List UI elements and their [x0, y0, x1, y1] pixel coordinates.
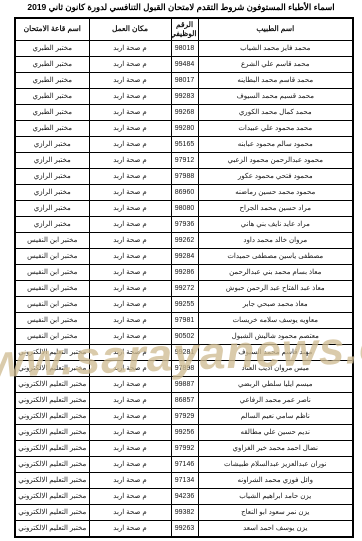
table-row: يزن يوسف احمد اسعد99263م صحة اربدمختبر ا… — [15, 521, 353, 538]
cell-doctor-name: مهند قاسم محمد السيوف — [198, 345, 353, 361]
table-row: معاذ بسام محمد بني عبدالرحمن99286م صحة ا… — [15, 265, 353, 281]
cell-employee-id: 99272 — [171, 281, 198, 297]
cell-workplace: م صحة اربد — [89, 313, 171, 329]
cell-workplace: م صحة اربد — [89, 121, 171, 137]
cell-employee-id: 97929 — [171, 409, 198, 425]
cell-workplace: م صحة اربد — [89, 57, 171, 73]
cell-exam-hall: مختبر التعليم الالكتروني — [15, 377, 89, 393]
table-row: محمد قاسم محمد البطاينه98017م صحة اربدمخ… — [15, 73, 353, 89]
cell-workplace: م صحة اربد — [89, 233, 171, 249]
table-row: ميسم ايليا سلطي الربضي99887م صحة اربدمخت… — [15, 377, 353, 393]
table-row: محمود فتحي محمود عكور97988م صحة اربدمختب… — [15, 169, 353, 185]
cell-doctor-name: نديم حسين علي مطالقه — [198, 425, 353, 441]
cell-workplace: م صحة اربد — [89, 361, 171, 377]
table-row: نوران عبدالعزيز عبدالسلام طبيشات97146م ص… — [15, 457, 353, 473]
cell-exam-hall: مختبر ابن النفيس — [15, 233, 89, 249]
cell-doctor-name: معاذ محمد صبحي جابر — [198, 297, 353, 313]
cell-employee-id: 97146 — [171, 457, 198, 473]
cell-workplace: م صحة اربد — [89, 105, 171, 121]
cell-workplace: م صحة اربد — [89, 345, 171, 361]
cell-doctor-name: ميسم ايليا سلطي الربضي — [198, 377, 353, 393]
table-row: معاويه يوسف سلامه خريسات97981م صحة اربدم… — [15, 313, 353, 329]
cell-workplace: م صحة اربد — [89, 249, 171, 265]
table-row: مهند قاسم محمد السيوف99281م صحة اربدمختب… — [15, 345, 353, 361]
cell-employee-id: 97898 — [171, 361, 198, 377]
column-header-workplace: مكان العمل — [89, 18, 171, 41]
column-header-employee-id: الرقم الوظيفي — [171, 18, 198, 41]
cell-workplace: م صحة اربد — [89, 409, 171, 425]
cell-employee-id: 99256 — [171, 425, 198, 441]
table-row: معاذ عبد الفتاح عبد الرحمن حبوش99272م صح… — [15, 281, 353, 297]
cell-doctor-name: محمد قاسم محمد البطاينه — [198, 73, 353, 89]
cell-employee-id: 97992 — [171, 441, 198, 457]
cell-doctor-name: محمد فايز محمد الشياب — [198, 41, 353, 57]
page-title: اسماء الأطباء المستوفون شروط التقدم لامت… — [0, 2, 362, 13]
cell-doctor-name: معتصم محمود شاليش الشبول — [198, 329, 353, 345]
cell-doctor-name: يزن حامد ابراهيم الشياب — [198, 489, 353, 505]
cell-employee-id: 97981 — [171, 313, 198, 329]
table-row: مروان خالد محمد داود99262م صحة اربدمختبر… — [15, 233, 353, 249]
cell-doctor-name: محمود محمد حسين رماضنه — [198, 185, 353, 201]
cell-employee-id: 86857 — [171, 393, 198, 409]
cell-workplace: م صحة اربد — [89, 153, 171, 169]
cell-exam-hall: مختبر التعليم الالكتروني — [15, 361, 89, 377]
cell-exam-hall: مختبر الرازي — [15, 217, 89, 233]
cell-exam-hall: مختبر التعليم الالكتروني — [15, 425, 89, 441]
cell-employee-id: 99284 — [171, 249, 198, 265]
table-row: نديم حسين علي مطالقه99256م صحة اربدمختبر… — [15, 425, 353, 441]
cell-employee-id: 99262 — [171, 233, 198, 249]
cell-employee-id: 94236 — [171, 489, 198, 505]
header-row: اسم الطبيب الرقم الوظيفي مكان العمل اسم … — [15, 18, 353, 41]
cell-doctor-name: ميس مروان اديب العناد — [198, 361, 353, 377]
cell-workplace: م صحة اربد — [89, 441, 171, 457]
table-row: ناصر عمر محمد الرفاعي86857م صحة اربدمختب… — [15, 393, 353, 409]
cell-workplace: م صحة اربد — [89, 297, 171, 313]
cell-workplace: م صحة اربد — [89, 169, 171, 185]
cell-exam-hall: مختبر ابن النفيس — [15, 313, 89, 329]
cell-doctor-name: محمود سالم محمود عبابنه — [198, 137, 353, 153]
table-row: يزن نمر سعود ابو النعاج99382م صحة اربدمخ… — [15, 505, 353, 521]
cell-exam-hall: مختبر الطبري — [15, 121, 89, 137]
cell-workplace: م صحة اربد — [89, 377, 171, 393]
table-row: مراد حسين محمد الجراح98080م صحة اربدمختب… — [15, 201, 353, 217]
cell-employee-id: 97912 — [171, 153, 198, 169]
cell-employee-id: 99268 — [171, 105, 198, 121]
cell-exam-hall: مختبر التعليم الالكتروني — [15, 521, 89, 538]
cell-employee-id: 99286 — [171, 265, 198, 281]
table-row: محمود محمد حسين رماضنه86960م صحة اربدمخت… — [15, 185, 353, 201]
cell-doctor-name: محمود فتحي محمود عكور — [198, 169, 353, 185]
table-row: محمد محمود علي عبيدات99280م صحة اربدمختب… — [15, 121, 353, 137]
cell-doctor-name: معاذ عبد الفتاح عبد الرحمن حبوش — [198, 281, 353, 297]
cell-workplace: م صحة اربد — [89, 89, 171, 105]
cell-doctor-name: وائل فوزي محمد الشراونه — [198, 473, 353, 489]
cell-employee-id: 97988 — [171, 169, 198, 185]
cell-doctor-name: محمود عبدالرحمن محمود الزعبي — [198, 153, 353, 169]
table-row: محمود عبدالرحمن محمود الزعبي97912م صحة ا… — [15, 153, 353, 169]
cell-exam-hall: مختبر الرازي — [15, 169, 89, 185]
table-row: محمد فايز محمد الشياب98018م صحة اربدمختب… — [15, 41, 353, 57]
cell-employee-id: 86960 — [171, 185, 198, 201]
cell-exam-hall: مختبر الرازي — [15, 201, 89, 217]
cell-exam-hall: مختبر ابن النفيس — [15, 281, 89, 297]
cell-employee-id: 99283 — [171, 89, 198, 105]
cell-doctor-name: معاويه يوسف سلامه خريسات — [198, 313, 353, 329]
cell-workplace: م صحة اربد — [89, 457, 171, 473]
cell-exam-hall: مختبر التعليم الالكتروني — [15, 489, 89, 505]
cell-workplace: م صحة اربد — [89, 137, 171, 153]
cell-workplace: م صحة اربد — [89, 265, 171, 281]
cell-employee-id: 98018 — [171, 41, 198, 57]
cell-employee-id: 97936 — [171, 217, 198, 233]
cell-workplace: م صحة اربد — [89, 505, 171, 521]
cell-doctor-name: مراد حسين محمد الجراح — [198, 201, 353, 217]
cell-doctor-name: محمد محمود علي عبيدات — [198, 121, 353, 137]
cell-workplace: م صحة اربد — [89, 185, 171, 201]
doctors-table: اسم الطبيب الرقم الوظيفي مكان العمل اسم … — [14, 17, 354, 538]
cell-employee-id: 98017 — [171, 73, 198, 89]
cell-doctor-name: نوران عبدالعزيز عبدالسلام طبيشات — [198, 457, 353, 473]
cell-doctor-name: يزن يوسف احمد اسعد — [198, 521, 353, 538]
cell-workplace: م صحة اربد — [89, 473, 171, 489]
cell-employee-id: 95165 — [171, 137, 198, 153]
cell-exam-hall: مختبر ابن النفيس — [15, 265, 89, 281]
cell-employee-id: 99263 — [171, 521, 198, 538]
cell-doctor-name: محمد قاسم علي الشرع — [198, 57, 353, 73]
table-row: مراد عايد نايف بني هاني97936م صحة اربدمخ… — [15, 217, 353, 233]
table-row: ناظم سامي نعيم السالم97929م صحة اربدمختب… — [15, 409, 353, 425]
table-row: نضال احمد محمد خير الغزاوي97992م صحة ارب… — [15, 441, 353, 457]
cell-doctor-name: مروان خالد محمد داود — [198, 233, 353, 249]
cell-exam-hall: مختبر التعليم الالكتروني — [15, 473, 89, 489]
cell-exam-hall: مختبر الرازي — [15, 185, 89, 201]
cell-workplace: م صحة اربد — [89, 393, 171, 409]
cell-exam-hall: مختبر التعليم الالكتروني — [15, 409, 89, 425]
cell-exam-hall: مختبر الطبري — [15, 73, 89, 89]
table-row: ميس مروان اديب العناد97898م صحة اربدمختب… — [15, 361, 353, 377]
cell-exam-hall: مختبر الطبري — [15, 105, 89, 121]
table-header: اسم الطبيب الرقم الوظيفي مكان العمل اسم … — [15, 18, 353, 41]
cell-doctor-name: ناظم سامي نعيم السالم — [198, 409, 353, 425]
cell-employee-id: 99382 — [171, 505, 198, 521]
cell-employee-id: 99484 — [171, 57, 198, 73]
cell-doctor-name: محمد قسيم محمد السيوف — [198, 89, 353, 105]
cell-doctor-name: معاذ بسام محمد بني عبدالرحمن — [198, 265, 353, 281]
cell-doctor-name: ناصر عمر محمد الرفاعي — [198, 393, 353, 409]
cell-exam-hall: مختبر ابن النفيس — [15, 297, 89, 313]
column-header-doctor-name: اسم الطبيب — [198, 18, 353, 41]
cell-exam-hall: مختبر التعليم الالكتروني — [15, 441, 89, 457]
table-row: مصطفى ياسين مصطفى حميدات99284م صحة اربدم… — [15, 249, 353, 265]
cell-exam-hall: مختبر التعليم الالكتروني — [15, 393, 89, 409]
cell-employee-id: 99887 — [171, 377, 198, 393]
cell-doctor-name: يزن نمر سعود ابو النعاج — [198, 505, 353, 521]
cell-doctor-name: محمد كمال محمد الكوري — [198, 105, 353, 121]
table-row: محمد قسيم محمد السيوف99283م صحة اربدمختب… — [15, 89, 353, 105]
cell-employee-id: 90502 — [171, 329, 198, 345]
table-row: معاذ محمد صبحي جابر99255م صحة اربدمختبر … — [15, 297, 353, 313]
cell-exam-hall: مختبر التعليم الالكتروني — [15, 505, 89, 521]
cell-exam-hall: مختبر الطبري — [15, 57, 89, 73]
cell-employee-id: 98080 — [171, 201, 198, 217]
table-row: محمود سالم محمود عبابنه95165م صحة اربدمخ… — [15, 137, 353, 153]
cell-exam-hall: مختبر الطبري — [15, 89, 89, 105]
cell-employee-id: 99255 — [171, 297, 198, 313]
cell-doctor-name: مراد عايد نايف بني هاني — [198, 217, 353, 233]
cell-exam-hall: مختبر ابن النفيس — [15, 249, 89, 265]
cell-employee-id: 99281 — [171, 345, 198, 361]
cell-workplace: م صحة اربد — [89, 521, 171, 538]
page-root: اسماء الأطباء المستوفون شروط التقدم لامت… — [0, 0, 362, 541]
cell-employee-id: 99280 — [171, 121, 198, 137]
cell-exam-hall: مختبر التعليم الالكتروني — [15, 345, 89, 361]
cell-workplace: م صحة اربد — [89, 281, 171, 297]
table-row: يزن حامد ابراهيم الشياب94236م صحة اربدمخ… — [15, 489, 353, 505]
cell-exam-hall: مختبر التعليم الالكتروني — [15, 457, 89, 473]
cell-doctor-name: مصطفى ياسين مصطفى حميدات — [198, 249, 353, 265]
cell-workplace: م صحة اربد — [89, 41, 171, 57]
cell-workplace: م صحة اربد — [89, 425, 171, 441]
cell-doctor-name: نضال احمد محمد خير الغزاوي — [198, 441, 353, 457]
cell-employee-id: 97134 — [171, 473, 198, 489]
column-header-exam-hall: اسم قاعة الامتحان — [15, 18, 89, 41]
cell-workplace: م صحة اربد — [89, 217, 171, 233]
table-row: محمد قاسم علي الشرع99484م صحة اربدمختبر … — [15, 57, 353, 73]
table-row: محمد كمال محمد الكوري99268م صحة اربدمختب… — [15, 105, 353, 121]
cell-exam-hall: مختبر الطبري — [15, 41, 89, 57]
table-row: معتصم محمود شاليش الشبول90502م صحة اربدم… — [15, 329, 353, 345]
cell-exam-hall: مختبر ابن النفيس — [15, 329, 89, 345]
cell-workplace: م صحة اربد — [89, 73, 171, 89]
cell-workplace: م صحة اربد — [89, 489, 171, 505]
table-row: وائل فوزي محمد الشراونه97134م صحة اربدمخ… — [15, 473, 353, 489]
cell-workplace: م صحة اربد — [89, 329, 171, 345]
cell-exam-hall: مختبر الرازي — [15, 137, 89, 153]
cell-exam-hall: مختبر الرازي — [15, 153, 89, 169]
cell-workplace: م صحة اربد — [89, 201, 171, 217]
table-body: محمد فايز محمد الشياب98018م صحة اربدمختب… — [15, 41, 353, 538]
